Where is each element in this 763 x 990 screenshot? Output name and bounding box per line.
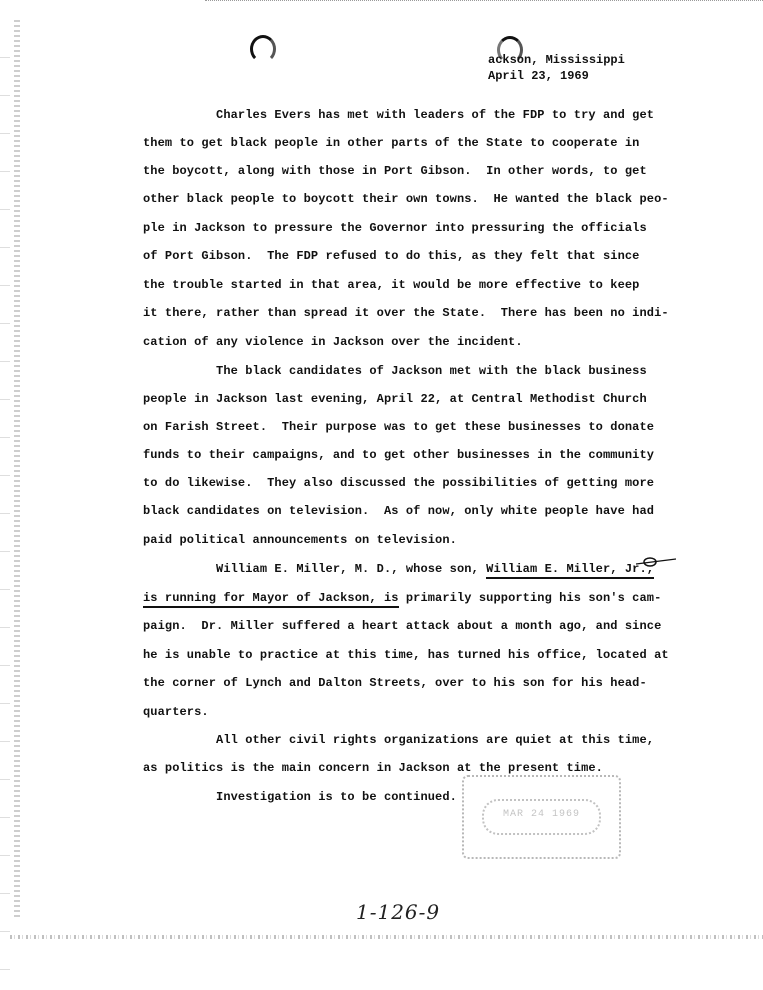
text-line: people in Jackson last evening, April 22… — [143, 392, 647, 406]
text-line: funds to their campaigns, and to get oth… — [143, 448, 654, 462]
underlined-phrase: is running for Mayor of Jackson, is — [143, 591, 399, 608]
text-line: as politics is the main concern in Jacks… — [143, 761, 603, 775]
text-line: he is unable to practice at this time, h… — [143, 648, 669, 662]
text-line: The black candidates of Jackson met with… — [143, 364, 647, 378]
text-line: Investigation is to be continued. — [143, 790, 457, 804]
stamp-date: MAR 24 1969 — [484, 809, 599, 820]
text-line: the trouble started in that area, it wou… — [143, 278, 639, 292]
text-line: black candidates on television. As of no… — [143, 504, 654, 518]
handwritten-mark-icon — [636, 555, 676, 569]
text-line: on Farish Street. Their purpose was to g… — [143, 420, 654, 434]
received-stamp: MAR 24 1969 — [462, 775, 621, 859]
text-line: paid political announcements on televisi… — [143, 533, 457, 547]
text-line: to do likewise. They also discussed the … — [143, 476, 654, 490]
text-line: quarters. — [143, 705, 209, 719]
stamp-date-box: MAR 24 1969 — [482, 799, 601, 835]
text-line: cation of any violence in Jackson over t… — [143, 335, 523, 349]
text-line: Charles Evers has met with leaders of th… — [143, 108, 654, 122]
text-line: them to get black people in other parts … — [143, 136, 639, 150]
text-line: paign. Dr. Miller suffered a heart attac… — [143, 619, 661, 633]
file-number: 1-126-9 — [356, 900, 440, 924]
header-location: ackson, Mississippi — [488, 52, 625, 68]
text-line: the corner of Lynch and Dalton Streets, … — [143, 676, 647, 690]
text-line: the boycott, along with those in Port Gi… — [143, 164, 647, 178]
left-margin-specks — [0, 20, 10, 970]
text-line: All other civil rights organizations are… — [143, 733, 654, 747]
page-edge-dotted-line — [205, 0, 763, 1]
text-line: of Port Gibson. The FDP refused to do th… — [143, 249, 639, 263]
text-line: William E. Miller, M. D., whose son, Wil… — [143, 562, 654, 576]
binding-margin-noise — [14, 20, 20, 920]
text-segment: primarily supporting his son's cam- — [399, 591, 662, 605]
text-line: is running for Mayor of Jackson, is prim… — [143, 591, 661, 605]
header-date: April 23, 1969 — [488, 68, 625, 84]
document-header: ackson, MississippiApril 23, 1969 — [488, 52, 625, 84]
text-line: other black people to boycott their own … — [143, 192, 669, 206]
text-line: ple in Jackson to pressure the Governor … — [143, 221, 647, 235]
text-line: it there, rather than spread it over the… — [143, 306, 669, 320]
text-segment: William E. Miller, M. D., whose son, — [143, 562, 486, 576]
bottom-edge-noise — [10, 935, 763, 939]
punch-hole-icon — [250, 35, 276, 63]
underlined-name: William E. Miller, Jr., — [486, 562, 654, 579]
